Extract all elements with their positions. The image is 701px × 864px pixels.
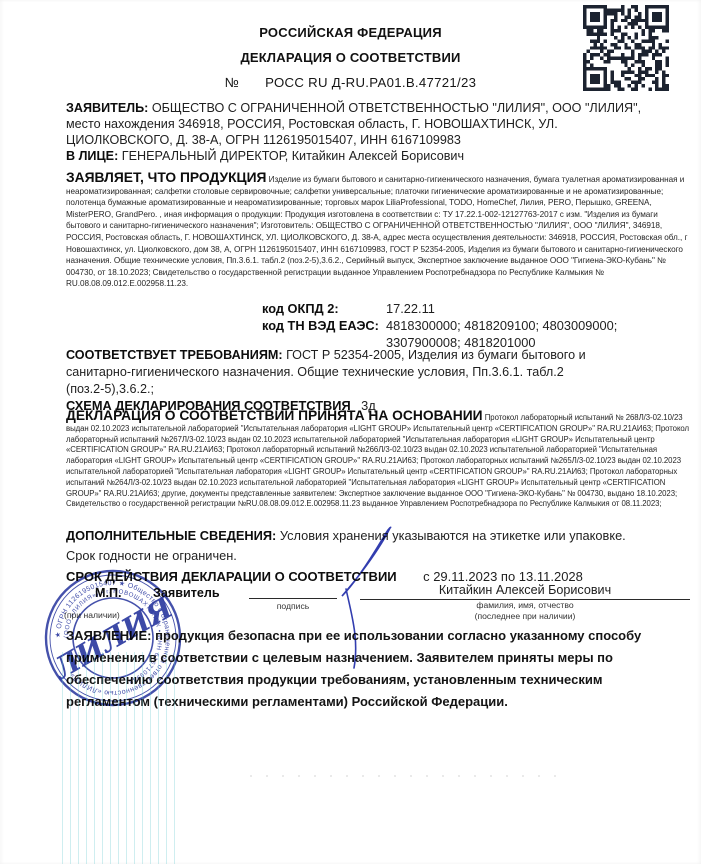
signatory-name: Китайкин Алексей Борисович: [410, 583, 640, 597]
tnved-label: код ТН ВЭД ЕАЭС:: [262, 318, 379, 333]
product-section: ЗАЯВЛЯЕТ, ЧТО ПРОДУКЦИЯ Изделие из бумаг…: [66, 172, 690, 290]
name-caption-2: (последнее при наличии): [360, 611, 690, 622]
qr-code: [583, 5, 669, 93]
additional-label: ДОПОЛНИТЕЛЬНЫЕ СВЕДЕНИЯ:: [66, 528, 276, 543]
person-label: В ЛИЦЕ:: [66, 149, 118, 163]
compliance-section: СООТВЕТСТВУЕТ ТРЕБОВАНИЯМ: ГОСТ Р 52354-…: [66, 347, 588, 397]
name-caption-1: фамилия, имя, отчество: [360, 600, 690, 611]
basis-section: ДЕКЛАРАЦИЯ О СООТВЕТСТВИИ ПРИНЯТА НА ОСН…: [66, 411, 696, 510]
applicant-section: ЗАЯВИТЕЛЬ: ОБЩЕСТВО С ОГРАНИЧЕННОЙ ОТВЕТ…: [66, 101, 650, 165]
applicant-person-line: В ЛИЦЕ: ГЕНЕРАЛЬНЫЙ ДИРЕКТОР, Китайкин А…: [66, 149, 650, 165]
signatory-block: Китайкин Алексей Борисович фамилия, имя,…: [360, 583, 690, 622]
applicant-label: ЗАЯВИТЕЛЬ:: [66, 101, 148, 115]
signature-loop-stroke: [342, 527, 391, 596]
declaration-document-page: РОССИЙСКАЯ ФЕДЕРАЦИЯ ДЕКЛАРАЦИЯ О СООТВЕ…: [0, 0, 701, 864]
product-paragraph: ЗАЯВЛЯЕТ, ЧТО ПРОДУКЦИЯ Изделие из бумаг…: [66, 172, 690, 290]
tnved-value-line1: 4818300000; 4818209100; 4803009000;: [386, 318, 617, 333]
number-sign: №: [225, 75, 239, 90]
compliance-paragraph: СООТВЕТСТВУЕТ ТРЕБОВАНИЯМ: ГОСТ Р 52354-…: [66, 347, 588, 397]
document-number: РОСС RU Д-RU.РА01.В.47721/23: [265, 75, 476, 90]
product-label: ЗАЯВЛЯЕТ, ЧТО ПРОДУКЦИЯ: [66, 170, 266, 185]
scanner-dust-artifact: [250, 775, 562, 777]
validity-value: с 29.11.2023 по 13.11.2028: [423, 569, 583, 584]
company-stamp: ★ ОГРН 1126195015407 ★ Общество с ограни…: [38, 566, 188, 712]
okpd-value: 17.22.11: [386, 301, 435, 316]
basis-paragraph: ДЕКЛАРАЦИЯ О СООТВЕТСТВИИ ПРИНЯТА НА ОСН…: [66, 411, 696, 510]
handwritten-signature: [318, 512, 408, 674]
basis-label: ДЕКЛАРАЦИЯ О СООТВЕТСТВИИ ПРИНЯТА НА ОСН…: [66, 408, 483, 423]
signature-tail-stroke: [346, 589, 356, 668]
compliance-label: СООТВЕТСТВУЕТ ТРЕБОВАНИЯМ:: [66, 348, 283, 362]
okpd-label: код ОКПД 2:: [262, 301, 339, 316]
applicant-paragraph: ЗАЯВИТЕЛЬ: ОБЩЕСТВО С ОГРАНИЧЕННОЙ ОТВЕТ…: [66, 101, 650, 149]
basis-text: Протокол лабораторный испытаний № 268Л/3…: [66, 413, 689, 508]
applicant-text: ОБЩЕСТВО С ОГРАНИЧЕННОЙ ОТВЕТСТВЕННОСТЬЮ…: [66, 101, 641, 147]
product-text: Изделие из бумаги бытового и санитарно-г…: [66, 175, 687, 288]
person-text: ГЕНЕРАЛЬНЫЙ ДИРЕКТОР, Китайкин Алексей Б…: [122, 149, 464, 163]
